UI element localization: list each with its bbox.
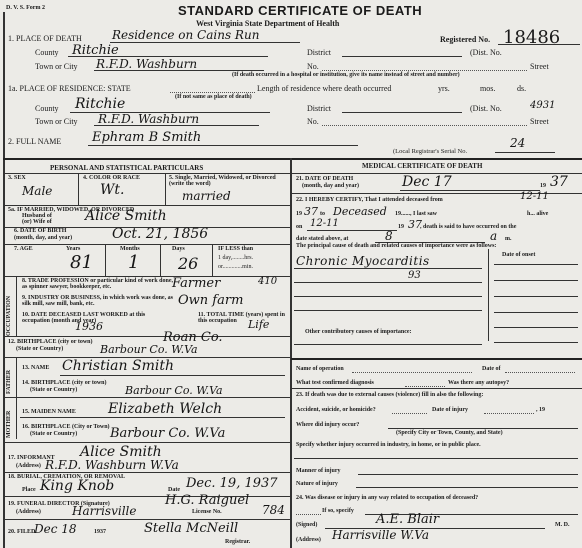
certify-label: 22. I HEREBY CERTIFY, That I attended de…	[296, 197, 443, 203]
physician-address: Harrisville W.Va	[332, 528, 429, 542]
license-label: License No.	[192, 509, 222, 515]
industry-value: Own farm	[178, 293, 243, 308]
residence-label: 1a. PLACE OF RESIDENCE: STATE	[8, 84, 131, 93]
res-street-label: Street	[530, 117, 549, 126]
spouse-value: Alice Smith	[85, 208, 167, 224]
mother-bp-label: 16. BIRTHPLACE (City or Town)	[22, 424, 110, 430]
full-name-value: Ephram B Smith	[92, 130, 201, 145]
place-of-death-label: 1. PLACE OF DEATH	[8, 34, 82, 43]
ds-label: ds.	[517, 84, 526, 93]
dist-no-label: (Dist. No.	[470, 48, 502, 57]
industry-label: 9. INDUSTRY OR BUSINESS, in which work w…	[22, 295, 177, 307]
father-bp-sub: (State or Country)	[30, 387, 77, 393]
death-time: 8	[385, 229, 393, 243]
year-prefix-2: 19......, I last saw	[395, 211, 437, 217]
father-name: Christian Smith	[62, 358, 174, 374]
accident-label: Accident, suicide, or homicide?	[296, 407, 376, 413]
nature-label: Nature of injury	[296, 481, 338, 487]
age-days: 26	[178, 254, 198, 273]
total-time-value: Life	[248, 318, 269, 331]
operation-label: Name of operation	[296, 366, 344, 372]
attended-to: Deceased	[333, 205, 387, 218]
other-causes-label: Other contributory causes of importance:	[305, 329, 412, 335]
year-prefix-1: 19	[296, 211, 302, 217]
county-label: County	[35, 48, 59, 57]
days-label: Days	[172, 246, 185, 252]
mother-birthplace: Barbour Co. W.Va	[110, 426, 225, 441]
registrar-label: Registrar.	[225, 539, 250, 545]
physician-address-label: (Address)	[296, 537, 321, 543]
res-dist-no-label: (Dist. No.	[470, 104, 502, 113]
marital-label: 5. Single, Married, Widowed, or Divorced…	[169, 175, 289, 187]
signed-label: (Signed)	[296, 522, 317, 528]
age-years: 81	[70, 252, 93, 273]
res-county-label: County	[35, 104, 59, 113]
spouse-sub2: (or) Wife of	[22, 219, 52, 225]
registrar-signature: Stella McNeill	[144, 521, 238, 536]
age-label: 7. AGE	[14, 246, 33, 252]
form-id: D. V. S. Form 2	[6, 5, 45, 11]
onset-label: Date of onset	[502, 252, 535, 258]
informant-address: R.F.D. Washburn W.Va	[45, 458, 179, 472]
residence-county: Ritchie	[75, 96, 125, 112]
trade-value: Farmer	[172, 276, 220, 291]
age-months: 1	[128, 252, 139, 273]
dob-label: 6. DATE OF BIRTH	[14, 228, 66, 234]
manner-label: Manner of injury	[296, 468, 341, 474]
father-birthplace: Barbour Co. W.Va	[125, 384, 223, 397]
mother-side-label: MOTHER	[6, 400, 12, 438]
trade-code: 410	[258, 276, 277, 287]
mother-name-label: 15. MAIDEN NAME	[22, 409, 76, 415]
marital-value: married	[182, 189, 231, 203]
dod-sub: (month, day and year)	[302, 183, 359, 189]
where-injury-label: Where did injury occur?	[296, 422, 359, 428]
father-side-label: FATHER	[6, 362, 12, 394]
father-name-label: 13. NAME	[22, 365, 49, 371]
attended-year: 37	[304, 205, 318, 218]
birthplace-state: Barbour Co. W.Va	[100, 343, 198, 356]
residence-dist-no: 4931	[530, 100, 555, 111]
place-of-death-value: Residence on Cains Run	[112, 28, 259, 42]
specify-location-label: Specify whether injury occurred in indus…	[296, 442, 481, 448]
district-label: District	[307, 48, 331, 57]
dob-sub: (month, day, and year)	[14, 235, 72, 241]
last-saw: h... alive	[527, 211, 548, 217]
md-label: M. D.	[555, 522, 570, 528]
director-signature: H.G. Raiguel	[165, 493, 249, 508]
cause-code: 93	[408, 270, 421, 281]
serial-no: 24	[510, 136, 525, 150]
last-worked-value: 1936	[75, 320, 103, 333]
last-seen-date: 12-11	[310, 218, 339, 229]
dob-value: Oct. 21, 1856	[112, 226, 208, 242]
filed-year: 1937	[94, 529, 106, 535]
to-label: to	[320, 211, 325, 217]
autopsy-label: Was there any autopsy?	[448, 380, 509, 386]
mos-label: mos.	[480, 84, 495, 93]
color-value: Wt.	[100, 182, 124, 198]
residence-note: (If not same as place of death)	[175, 94, 252, 100]
father-bp-label: 14. BIRTHPLACE (city or town)	[22, 380, 107, 386]
certificate-title: STANDARD CERTIFICATE OF DEATH	[178, 3, 422, 18]
residence-town: R.F.D. Washburn	[98, 112, 199, 126]
where-injury-note: (Specify City or Town, County, and State…	[396, 430, 503, 436]
cause-label: The principal cause of death and related…	[296, 243, 506, 249]
mother-name: Elizabeth Welch	[108, 401, 222, 417]
burial-place: King Knob	[40, 478, 114, 494]
cause-of-death: Chronic Myocarditis	[296, 254, 430, 268]
birthplace-label: 12. BIRTHPLACE (city or town)	[8, 339, 93, 345]
license-no: 784	[262, 503, 285, 517]
personal-heading: PERSONAL AND STATISTICAL PARTICULARS	[50, 164, 203, 172]
physician-signature: A.E. Blair	[376, 512, 439, 527]
attended-from: 12-11	[520, 191, 549, 202]
medical-heading: MEDICAL CERTIFICATE OF DEATH	[362, 162, 482, 170]
injury-date-label: Date of injury	[432, 407, 468, 413]
on-label: on	[296, 224, 302, 230]
filed-date: Dec 18	[34, 522, 77, 536]
death-occurred-text: , death is said to have occurred on the	[420, 224, 516, 230]
trade-label: 8. TRADE PROFESSION or particular kind o…	[22, 278, 177, 290]
injury-year-label: , 19	[536, 407, 545, 413]
date-stated-label: date stated above, at	[296, 236, 348, 242]
test-label: What test confirmed diagnosis	[296, 380, 374, 386]
less-min: or.............min.	[218, 264, 253, 270]
yrs-label: yrs.	[438, 84, 450, 93]
serial-label: (Local Registrar's Serial No.	[393, 148, 467, 155]
res-no-label: No.	[307, 117, 319, 126]
m-suffix: m.	[505, 236, 512, 242]
burial-place-label: Place	[22, 487, 36, 493]
dod-label: 21. DATE OF DEATH	[296, 176, 353, 182]
informant-addr-label: (Address)	[16, 463, 41, 469]
color-label: 4. COLOR OR RACE	[83, 175, 140, 181]
res-district-label: District	[307, 104, 331, 113]
dod-value: Dec 17	[402, 174, 452, 190]
length-residence-label: Length of residence where death occurred	[257, 84, 391, 93]
registered-label: Registered No.	[440, 35, 490, 44]
director-address: Harrisville	[72, 504, 136, 518]
sex-label: 3. SEX	[8, 175, 26, 181]
total-time-label: 11. TOTAL TIME (years) spent in this occ…	[198, 312, 288, 324]
death-certificate: D. V. S. Form 2 STANDARD CERTIFICATE OF …	[0, 0, 582, 548]
last-seen-year-prefix: 19	[398, 224, 404, 230]
dod-year: 37	[550, 174, 568, 190]
death-ampm: a	[490, 229, 497, 243]
if-so-label: If so, specify	[322, 508, 354, 514]
less-than-label: IF LESS than	[218, 246, 253, 252]
street-label: Street	[530, 62, 549, 71]
town-label: Town or City	[35, 62, 78, 71]
death-town: R.F.D. Washburn	[96, 57, 197, 71]
less-hrs: 1 day,........hrs.	[218, 255, 253, 261]
director-addr-label: (Address)	[16, 509, 41, 515]
res-town-label: Town or City	[35, 117, 78, 126]
operation-date-label: Date of	[482, 366, 501, 372]
filed-label: 20. FILED	[8, 529, 35, 535]
dod-year-prefix: 19	[540, 183, 546, 189]
full-name-label: 2. FULL NAME	[8, 137, 61, 146]
external-causes-label: 23. If death was due to external causes …	[296, 392, 483, 398]
mother-bp-sub: (State or Country)	[30, 431, 77, 437]
birthplace-sub: (State or Country)	[16, 346, 63, 352]
hospital-note: (If death occurred in a hospital or inst…	[232, 72, 460, 78]
department-subtitle: West Virginia State Department of Health	[196, 19, 339, 28]
occupation-related-label: 24. Was disease or injury in any way rel…	[296, 495, 478, 501]
no-label: No.	[307, 62, 319, 71]
burial-date: Dec. 19, 1937	[186, 476, 278, 491]
occupation-side-label: OCCUPATION	[6, 280, 12, 336]
sex-value: Male	[22, 184, 52, 198]
